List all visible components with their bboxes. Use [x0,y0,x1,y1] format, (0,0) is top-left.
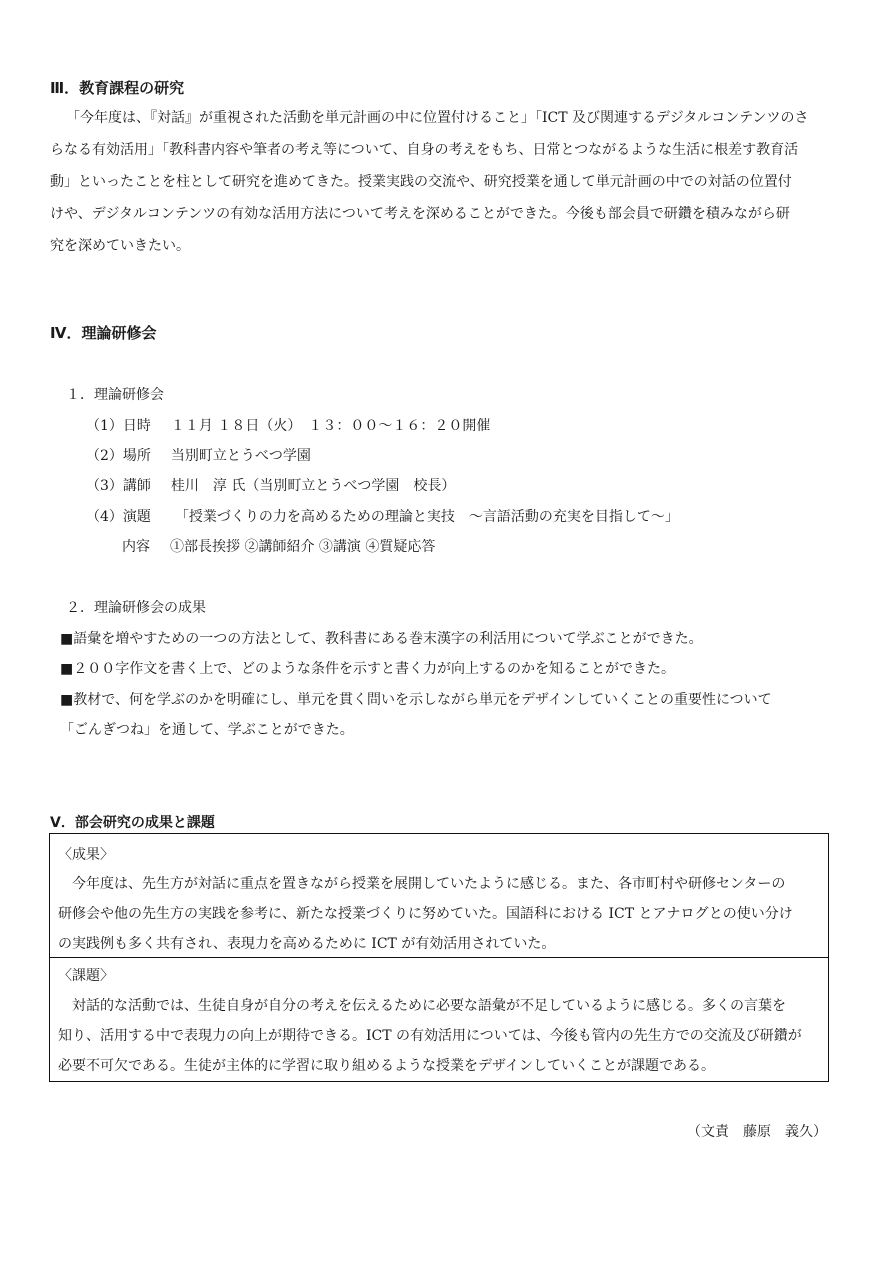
item-number: （3） [86,478,123,494]
outcome-bullet: ■教材で、何を学ぶのかを明確にし、単元を貫く問いを示しながら単元をデザインしてい… [60,690,772,710]
item-label: 日時 [123,416,171,436]
issues-line: 必要不可欠である。生徒が主体的に学習に取り組めるような授業をデザインしていくこと… [58,1056,715,1076]
item-value: 桂川 淳 氏（当別町立とうべつ学園 校長） [171,478,455,494]
box-divider [49,957,829,958]
section-3-paragraph-line: らなる有効活用」「教科書内容や筆者の考え等について、自身の考えをもち、日常とつな… [50,140,798,160]
item-number: （4） [86,509,123,525]
section-5-heading: Ⅴ．部会研究の成果と課題 [50,813,215,833]
item-number: （1） [86,418,123,434]
section-3-paragraph-line: 動」といったことを柱として研究を進めてきた。授業実践の交流や、研究授業を通して単… [50,172,792,192]
results-line: 研修会や他の先生方の実践を参考に、新たな授業づくりに努めていた。国語科における … [58,904,793,924]
issues-line: 知り、活用する中で表現力の向上が期待できる。ICT の有効活用については、今後も… [58,1026,802,1046]
item-label: 内容 [122,537,170,557]
section-3-paragraph-line: 「今年度は、『対話』が重視された活動を単元計画の中に位置付けること」「ICT 及… [66,108,809,128]
item-number: （2） [86,448,123,464]
section-3-heading: Ⅲ．教育課程の研究 [50,78,184,98]
outcome-bullet: ■語彙を増やすための一つの方法として、教科書にある巻末漢字の利活用について学ぶこ… [60,629,703,649]
issues-line: 対話的な活動では、生徒自身が自分の考えを伝えるために必要な語彙が不足しているよう… [72,996,786,1016]
subsection-1-title: １．理論研修会 [66,385,164,405]
item-content: 内容①部長挨拶 ②講師紹介 ③講演 ④質疑応答 [122,537,435,557]
results-line: 今年度は、先生方が対話に重点を置きながら授業を展開していたように感じる。また、各… [72,874,785,894]
item-value: ①部長挨拶 ②講師紹介 ③講演 ④質疑応答 [170,539,435,555]
item-value: 当別町立とうべつ学園 [171,448,311,464]
item-lecturer: （3）講師桂川 淳 氏（当別町立とうべつ学園 校長） [86,476,455,496]
outcome-bullet: ■２００字作文を書く上で、どのような条件を示すと書く力が向上するのかを知ることが… [60,659,675,679]
item-label: 場所 [123,446,171,466]
subsection-2-title: ２．理論研修会の成果 [66,598,206,618]
item-date: （1）日時１１月 １８日（火） １３：００～１６：２０開催 [86,416,490,436]
author-credit: （文責 藤原 義久） [687,1122,827,1142]
section-3-paragraph-line: けや、デジタルコンテンツの有効な活用方法について考えを深めることができた。今後も… [50,204,790,224]
item-value: １１月 １８日（火） １３：００～１６：２０開催 [171,418,490,434]
item-label: 講師 [123,476,171,496]
issues-label: 〈課題〉 [58,966,114,986]
item-lecture-title: （4）演題「授業づくりの力を高めるための理論と実技 ～言語活動の充実を目指して～… [86,507,679,527]
item-value: 「授業づくりの力を高めるための理論と実技 ～言語活動の充実を目指して～」 [175,509,679,525]
results-label: 〈成果〉 [58,845,114,865]
item-location: （2）場所当別町立とうべつ学園 [86,446,311,466]
results-line: の実践例も多く共有され、表現力を高めるために ICT が有効活用されていた。 [58,934,555,954]
item-label: 演題 [123,507,175,527]
section-4-heading: Ⅳ．理論研修会 [50,323,156,343]
outcome-bullet-continuation: 「ごんぎつね」を通して、学ぶことができた。 [60,720,354,740]
section-3-paragraph-line: 究を深めていきたい。 [50,236,190,256]
